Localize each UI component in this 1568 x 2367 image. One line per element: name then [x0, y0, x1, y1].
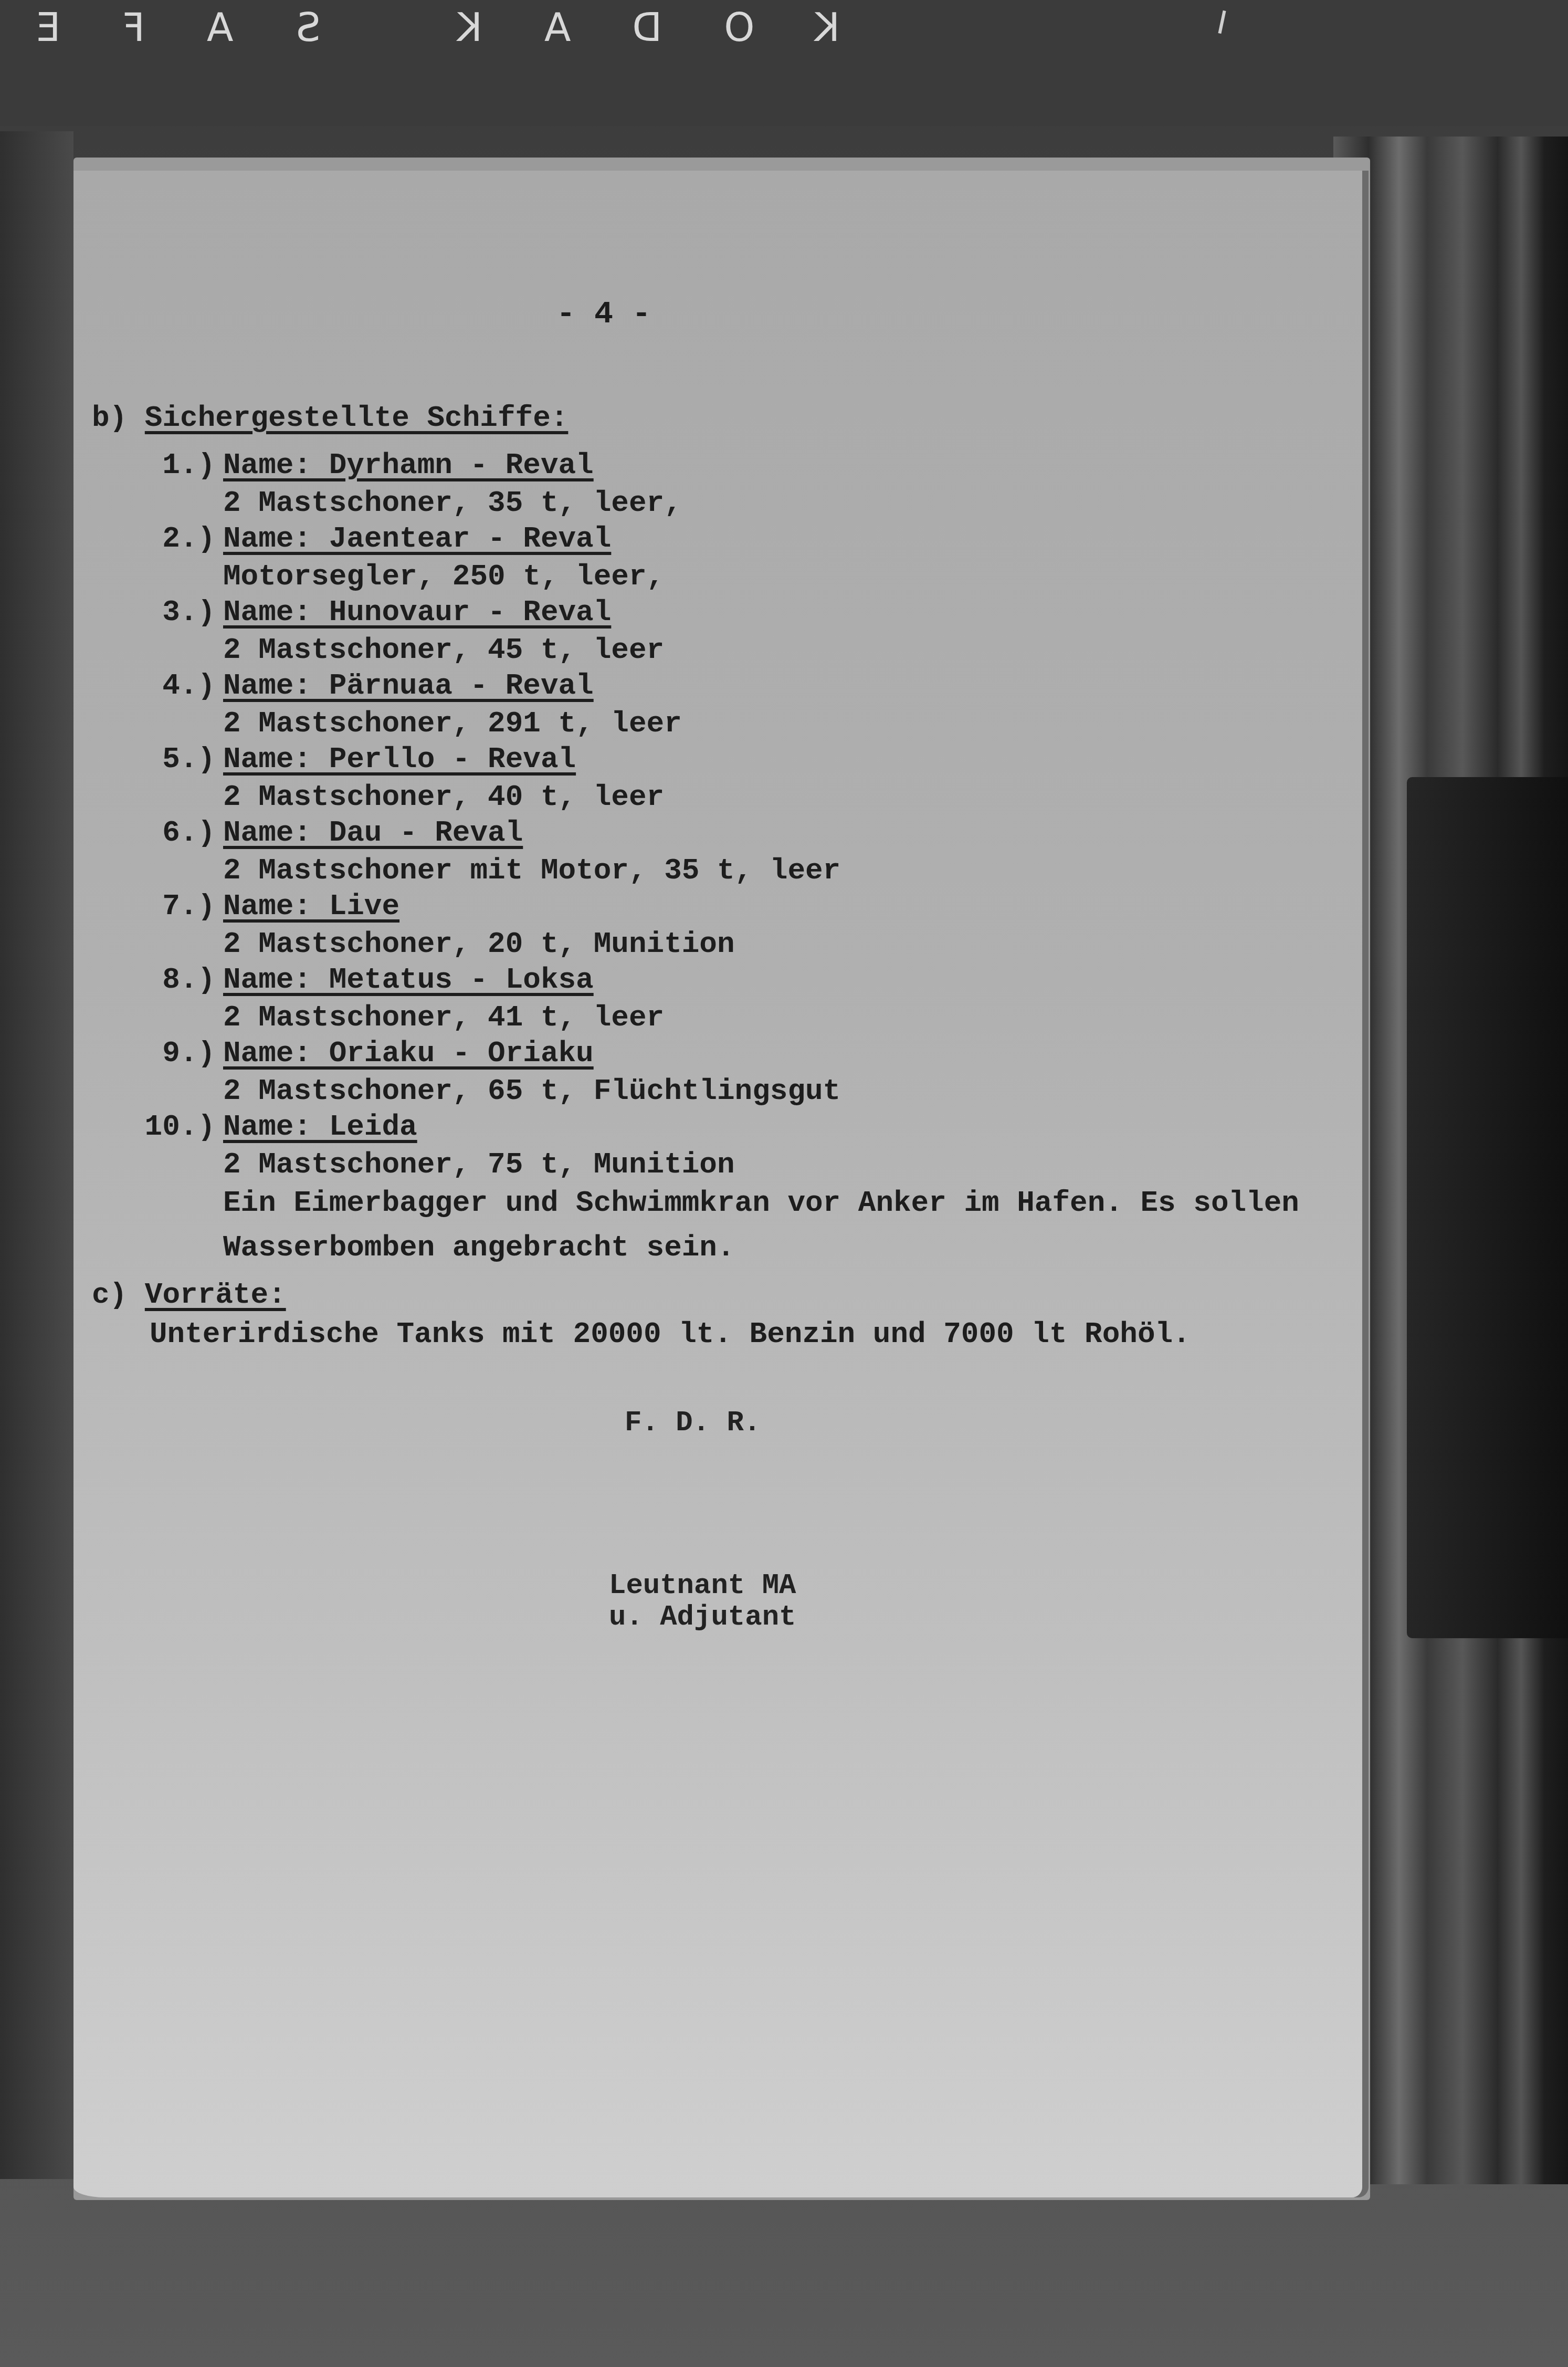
- ship-number: 9.): [92, 1034, 223, 1072]
- section-c-label: c): [92, 1278, 127, 1312]
- ship-number: 2.): [92, 520, 223, 558]
- ship-name: Name: Dau - Reval: [223, 816, 523, 850]
- ship-name: Name: Pärnuaa - Reval: [223, 669, 594, 703]
- section-b-title: Sichergestellte Schiffe:: [145, 401, 569, 435]
- ship-entry: 8.)Name: Metatus - Loksa 2 Mastschoner, …: [92, 961, 664, 1036]
- ship-detail: 2 Mastschoner, 40 t, leer: [223, 778, 664, 816]
- supplies-text: Unterirdische Tanks mit 20000 lt. Benzin…: [150, 1315, 1191, 1353]
- ship-name: Name: Dyrhamn - Reval: [223, 448, 594, 482]
- ship-entry: 3.)Name: Hunovaur - Reval 2 Mastschoner,…: [92, 593, 664, 669]
- page-number: - 4 -: [556, 297, 651, 332]
- harbor-note-line-1: Ein Eimerbagger und Schwimmkran vor Anke…: [223, 1184, 1299, 1222]
- ship-name: Name: Oriaku - Oriaku: [223, 1036, 594, 1070]
- section-b-heading: b) Sichergestellte Schiffe:: [92, 399, 568, 437]
- harbor-note-line-2: Wasserbomben angebracht sein.: [223, 1229, 735, 1266]
- ship-entry: 10.)Name: Leida 2 Mastschoner, 75 t, Mun…: [92, 1108, 735, 1183]
- signatory-rank: Leutnant MA: [609, 1570, 796, 1602]
- ship-entry: 7.)Name: Live 2 Mastschoner, 20 t, Munit…: [92, 887, 735, 963]
- ship-detail: 2 Mastschoner, 41 t, leer: [223, 999, 664, 1036]
- ship-name: Name: Metatus - Loksa: [223, 963, 594, 997]
- fdr-mark: F. D. R.: [625, 1407, 761, 1439]
- ship-number: 10.): [92, 1108, 223, 1146]
- ship-entry: 6.)Name: Dau - Reval 2 Mastschoner mit M…: [92, 814, 840, 889]
- ship-entry: 5.)Name: Perllo - Reval 2 Mastschoner, 4…: [92, 740, 664, 816]
- ship-number: 8.): [92, 961, 223, 999]
- ship-detail: 2 Mastschoner, 291 t, leer: [223, 705, 682, 742]
- ship-name: Name: Live: [223, 889, 399, 923]
- left-margin-shadow: [0, 131, 73, 2179]
- binder-clip: [1407, 777, 1568, 1638]
- ship-name: Name: Hunovaur - Reval: [223, 595, 611, 629]
- ship-name: Name: Jaentear - Reval: [223, 522, 611, 556]
- ship-number: 6.): [92, 814, 223, 852]
- ship-entry: 1.)Name: Dyrhamn - Reval 2 Mastschoner, …: [92, 446, 682, 522]
- film-edge-mark: [1218, 11, 1226, 34]
- ship-name: Name: Leida: [223, 1110, 417, 1144]
- ship-number: 1.): [92, 446, 223, 484]
- ship-number: 5.): [92, 740, 223, 778]
- ship-entry: 2.)Name: Jaentear - Reval Motorsegler, 2…: [92, 520, 664, 595]
- ship-number: 4.): [92, 667, 223, 705]
- ship-name: Name: Perllo - Reval: [223, 742, 576, 776]
- ship-entry: 9.)Name: Oriaku - Oriaku 2 Mastschoner, …: [92, 1034, 840, 1110]
- section-c-heading: c) Vorräte:: [92, 1276, 286, 1314]
- ship-detail: 2 Mastschoner, 20 t, Munition: [223, 925, 735, 963]
- ship-detail: 2 Mastschoner, 65 t, Flüchtlingsgut: [223, 1072, 840, 1110]
- ship-detail: Motorsegler, 250 t, leer,: [223, 558, 664, 595]
- ship-entry: 4.)Name: Pärnuaa - Reval 2 Mastschoner, …: [92, 667, 682, 742]
- ship-detail: 2 Mastschoner, 35 t, leer,: [223, 484, 682, 522]
- section-b-label: b): [92, 401, 127, 435]
- ship-detail: 2 Mastschoner, 75 t, Munition: [223, 1146, 735, 1183]
- ship-number: 7.): [92, 887, 223, 925]
- film-edge-strip: KODAK SAFE: [0, 0, 1568, 126]
- ship-number: 3.): [92, 593, 223, 631]
- ship-detail: 2 Mastschoner, 45 t, leer: [223, 631, 664, 669]
- section-c-title: Vorräte:: [145, 1278, 286, 1312]
- signatory-role: u. Adjutant: [609, 1601, 796, 1633]
- film-edge-label: KODAK SAFE: [0, 5, 840, 50]
- ship-detail: 2 Mastschoner mit Motor, 35 t, leer: [223, 852, 840, 889]
